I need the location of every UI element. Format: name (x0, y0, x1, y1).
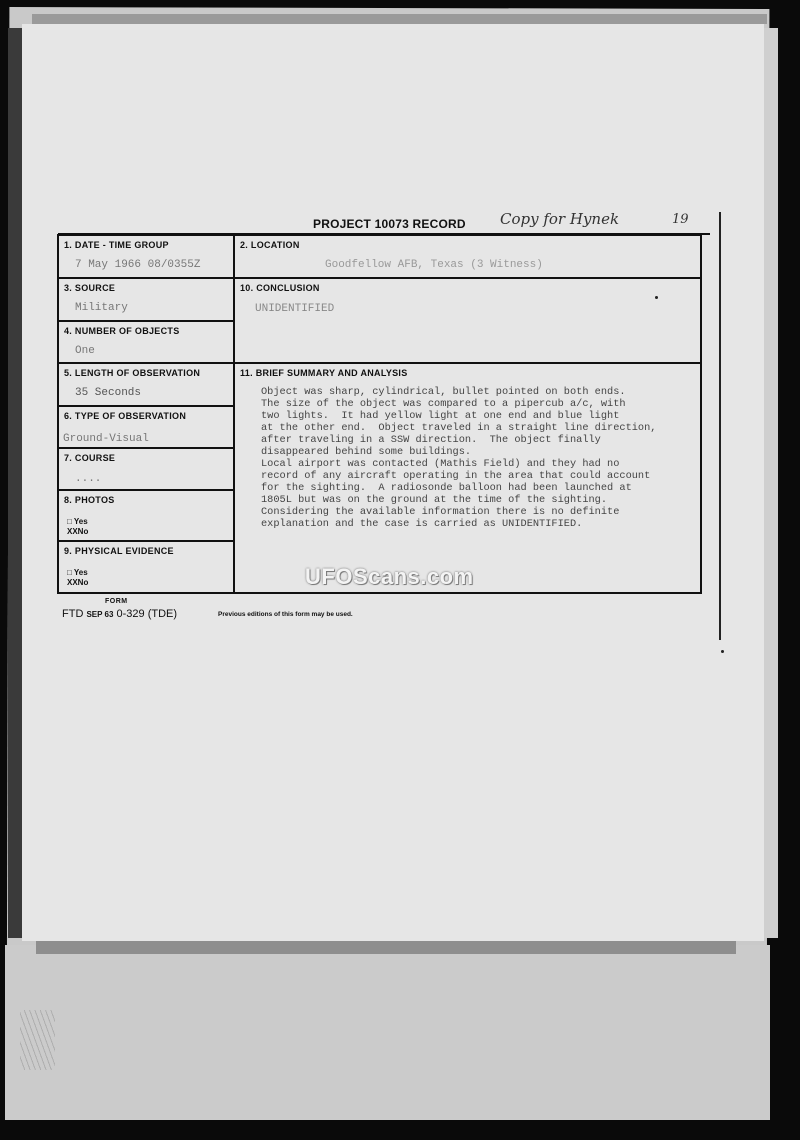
field-label: 5. LENGTH OF OBSERVATION (64, 368, 200, 378)
form-number: 0-329 (TDE) (117, 608, 178, 620)
handwritten-note: Copy for Hynek (500, 210, 619, 228)
field-photos: 8. PHOTOS □ Yes XXNo (59, 491, 233, 542)
field-value: Military (75, 302, 128, 314)
field-value: UNIDENTIFIED (255, 303, 334, 315)
page-edge-top (32, 14, 767, 24)
field-label: 7. COURSE (64, 453, 115, 463)
form-left-column: 1. DATE - TIME GROUP 7 May 1966 08/0355Z… (59, 236, 235, 592)
field-summary: 11. BRIEF SUMMARY AND ANALYSIS Object wa… (235, 364, 700, 592)
field-label: 10. CONCLUSION (240, 283, 320, 293)
page-edge-right (764, 28, 778, 938)
field-value: 35 Seconds (75, 387, 141, 399)
field-label: 3. SOURCE (64, 283, 115, 293)
summary-text: Object was sharp, cylindrical, bullet po… (261, 386, 701, 530)
speck (721, 650, 724, 653)
checkbox-yes: □ Yes (67, 568, 88, 578)
watermark: UFOScans.com (305, 564, 474, 590)
field-label: 8. PHOTOS (64, 495, 115, 505)
handwritten-number: 19 (672, 212, 689, 227)
field-value: 7 May 1966 08/0355Z (75, 259, 200, 271)
field-physical-evidence: 9. PHYSICAL EVIDENCE □ Yes XXNo (59, 542, 233, 592)
field-source: 3. SOURCE Military (59, 279, 233, 322)
field-label: 2. LOCATION (240, 240, 300, 250)
field-conclusion: 10. CONCLUSION UNIDENTIFIED (235, 279, 700, 364)
form-prefix: FTD (62, 608, 83, 620)
checkbox-yes: □ Yes (67, 517, 88, 527)
document-title: PROJECT 10073 RECORD (313, 217, 466, 231)
form-code: FTD SEP 63 0-329 (TDE) (62, 608, 177, 620)
page-edge-bottom (36, 940, 736, 954)
checkbox-no-checked: XXNo (67, 578, 88, 588)
field-type-of-observation: 6. TYPE OF OBSERVATION Ground-Visual (59, 407, 233, 449)
field-label: 6. TYPE OF OBSERVATION (64, 411, 186, 421)
field-course: 7. COURSE .... (59, 449, 233, 491)
field-value: Goodfellow AFB, Texas (3 Witness) (325, 259, 543, 271)
field-value: Ground-Visual (63, 433, 149, 445)
field-length-of-observation: 5. LENGTH OF OBSERVATION 35 Seconds (59, 364, 233, 407)
checkbox-no-checked: XXNo (67, 527, 88, 537)
field-number-of-objects: 4. NUMBER OF OBJECTS One (59, 322, 233, 364)
form-note: Previous editions of this form may be us… (218, 611, 353, 618)
field-location: 2. LOCATION Goodfellow AFB, Texas (3 Wit… (235, 236, 700, 279)
field-label: 1. DATE - TIME GROUP (64, 240, 169, 250)
field-label: 4. NUMBER OF OBJECTS (64, 326, 180, 336)
form-date: SEP 63 (86, 610, 113, 619)
field-label: 11. BRIEF SUMMARY AND ANALYSIS (240, 368, 408, 378)
field-value: .... (75, 473, 101, 485)
lower-sheet (5, 945, 770, 1120)
field-label: 9. PHYSICAL EVIDENCE (64, 546, 174, 556)
form-word: FORM (105, 598, 128, 605)
speck (655, 296, 658, 299)
record-form: 1. DATE - TIME GROUP 7 May 1966 08/0355Z… (57, 234, 702, 594)
form-right-column: 2. LOCATION Goodfellow AFB, Texas (3 Wit… (235, 236, 700, 592)
margin-rule (719, 212, 721, 640)
page-edge-left (8, 28, 22, 938)
field-value: One (75, 345, 95, 357)
scan-scratch (20, 1010, 55, 1070)
field-date-time: 1. DATE - TIME GROUP 7 May 1966 08/0355Z (59, 236, 233, 279)
